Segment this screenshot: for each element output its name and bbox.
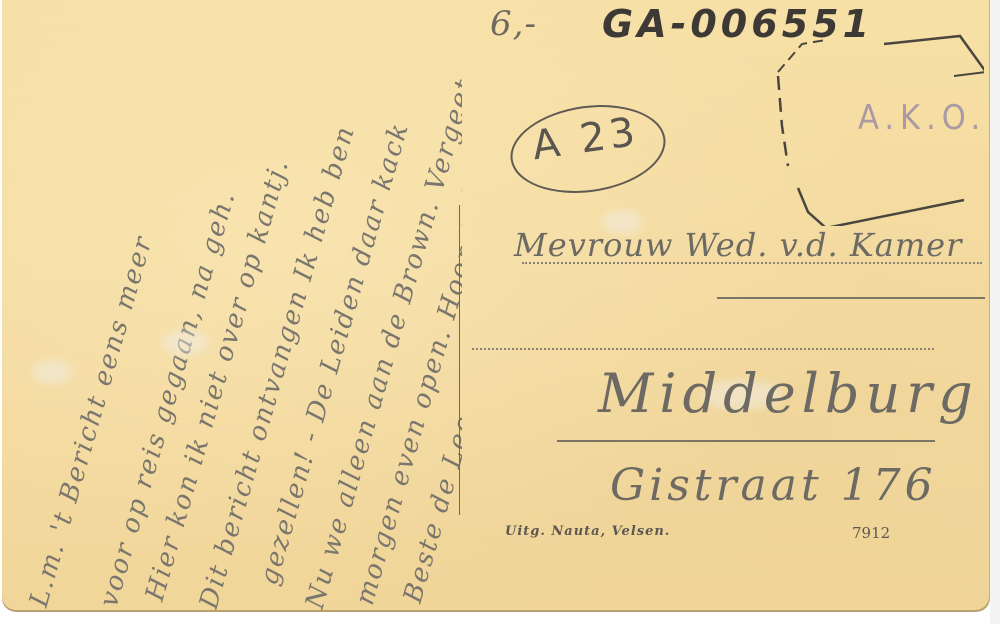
- recipient-street: Gistraat 176: [610, 460, 937, 511]
- handwritten-message: L.m. 't Bericht eens meer voor op reis g…: [2, 0, 462, 610]
- paper-stain: [162, 330, 208, 356]
- scan-margin: [990, 0, 1000, 624]
- address-line-4: [557, 440, 935, 442]
- address-line-2: [717, 297, 985, 299]
- recipient-name: Mevrouw Wed. v.d. Kamer: [514, 226, 962, 264]
- postcard-back: L.m. 't Bericht eens meer voor op reis g…: [2, 0, 990, 610]
- censor-stamp-text: A.K.O.: [858, 98, 986, 138]
- address-line-3: [472, 348, 934, 350]
- price-annotation: 6,-: [490, 4, 537, 44]
- publisher-imprint: Uitg. Nauta, Velsen.: [505, 524, 670, 539]
- center-divider-line: [459, 205, 460, 515]
- card-number: 7912: [852, 524, 890, 542]
- recipient-city: Middelburg: [598, 362, 979, 425]
- paper-stain: [32, 360, 72, 384]
